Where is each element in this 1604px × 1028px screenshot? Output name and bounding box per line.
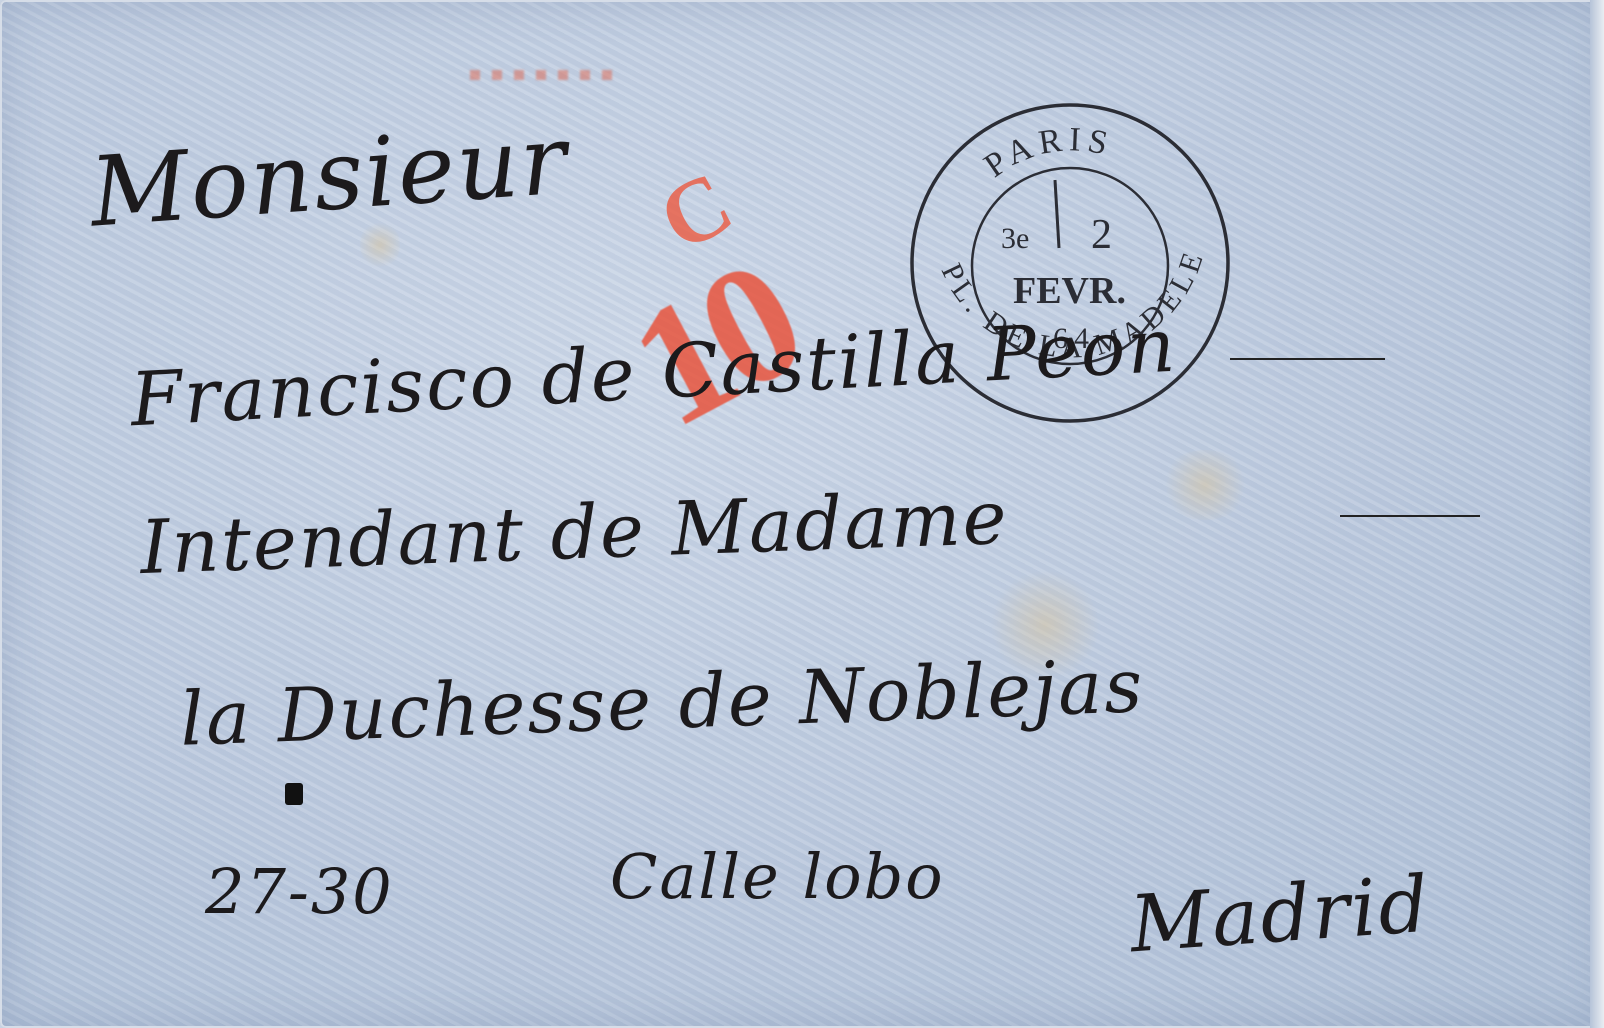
postmark-day: 2 — [1091, 212, 1112, 258]
postmark-top-text: PARIS — [978, 121, 1117, 185]
address-line-1: Monsieur — [87, 103, 572, 248]
envelope: C 10 PARIS PL. DE LA MADELEINE 3e 2 FEVR… — [0, 0, 1604, 1028]
address-line-3: Intendant de Madame — [139, 475, 1010, 591]
address-street-name: Calle lobo — [610, 840, 945, 913]
address-line-4: la Duchesse de Noblejas — [179, 643, 1146, 763]
envelope-edge — [1590, 0, 1604, 1028]
foxing-stain — [1160, 450, 1250, 520]
svg-text:PARIS: PARIS — [978, 121, 1117, 185]
address-street-number: 27-30 — [205, 855, 394, 928]
ink-blot — [285, 783, 303, 805]
line-3-flourish — [1340, 515, 1480, 517]
address-city: Madrid — [1127, 860, 1433, 971]
postmark-side-number: 3e — [1001, 222, 1029, 255]
red-offset-trace — [470, 70, 620, 80]
line-2-flourish — [1230, 358, 1385, 360]
